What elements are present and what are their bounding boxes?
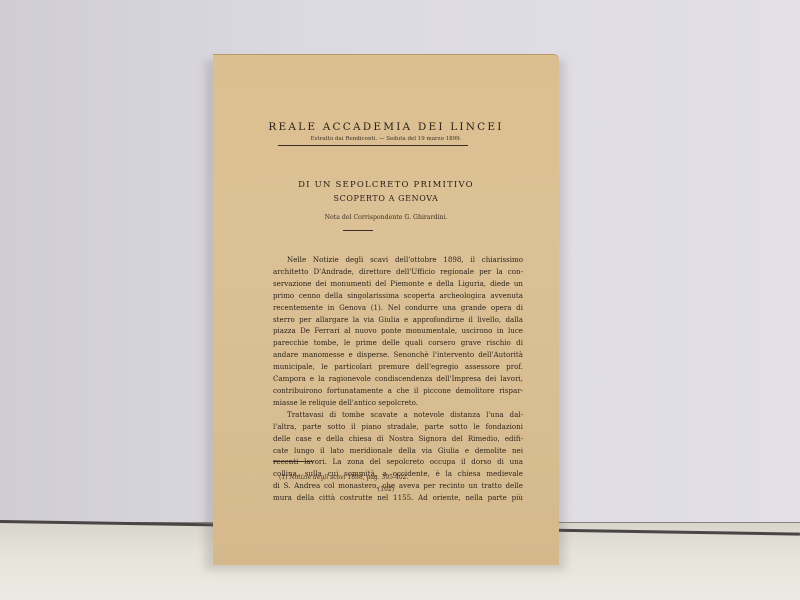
body-line: delle case e della chiesa di Nostra Sign… (273, 433, 523, 445)
footnote-source: Notizie degli scavi (289, 474, 345, 481)
body-line: recentemente in Genova (1). Nel condurre… (273, 302, 523, 314)
body-line: recenti lavori. La zona del sepolcreto o… (273, 456, 523, 468)
footnote-marker: (1) (279, 474, 288, 481)
article-subtitle: SCOPERTO A GENOVA (213, 194, 559, 203)
article-body: Nelle Notizie degli scavi dell'ottobre 1… (273, 254, 523, 504)
body-line: piazza De Ferrari al nuovo ponte monumen… (273, 325, 523, 337)
body-line: cate lungo il lato meridionale della via… (273, 445, 523, 457)
body-line: parecchie tombe, le prime delle quali co… (273, 337, 523, 349)
body-line: servazione dei monumenti del Piemonte e … (273, 278, 523, 290)
extract-subtitle: Estratto dai Rendiconti. — Seduta del 19… (213, 136, 559, 142)
body-line: Nelle Notizie degli scavi dell'ottobre 1… (273, 254, 523, 266)
footnote: (1) Notizie degli scavi 1898, pag. 395-4… (279, 474, 408, 481)
article-title: DI UN SEPOLCRETO PRIMITIVO (213, 180, 559, 190)
header-rule (278, 145, 468, 146)
page-number: (102) (213, 486, 559, 493)
body-line: l'altra, parte sotto il piano stradale, … (273, 421, 523, 433)
document-page: REALE ACCADEMIA DEI LINCEI Estratto dai … (213, 54, 559, 565)
footnote-rule (273, 461, 313, 462)
institution-header: REALE ACCADEMIA DEI LINCEI (213, 121, 559, 133)
body-line: mura della città costrutte nel 1155. Ad … (273, 492, 523, 504)
footnote-text: 1898, pag. 395-402. (347, 474, 408, 481)
body-line: andare manomesse e disperse. Senonchè l'… (273, 349, 523, 361)
article-byline: Nota del Corrispondente G. Ghirardini. (213, 214, 559, 221)
body-line: sterro per allargare la via Giulia e app… (273, 314, 523, 326)
body-line: primo cenno della singolarissima scopert… (273, 290, 523, 302)
body-line: contribuirono fortunatamente a che il pi… (273, 385, 523, 397)
body-line: Campora e la ragionevole condiscendenza … (273, 373, 523, 385)
byline-rule (343, 230, 373, 231)
body-line: Trattavasi di tombe scavate a notevole d… (273, 409, 523, 421)
body-line: miasse le reliquie dell'antico sepolcret… (273, 397, 523, 409)
body-line: municipale, le particolari premure dell'… (273, 361, 523, 373)
body-line: architetto D'Andrade, direttore dell'Uff… (273, 266, 523, 278)
